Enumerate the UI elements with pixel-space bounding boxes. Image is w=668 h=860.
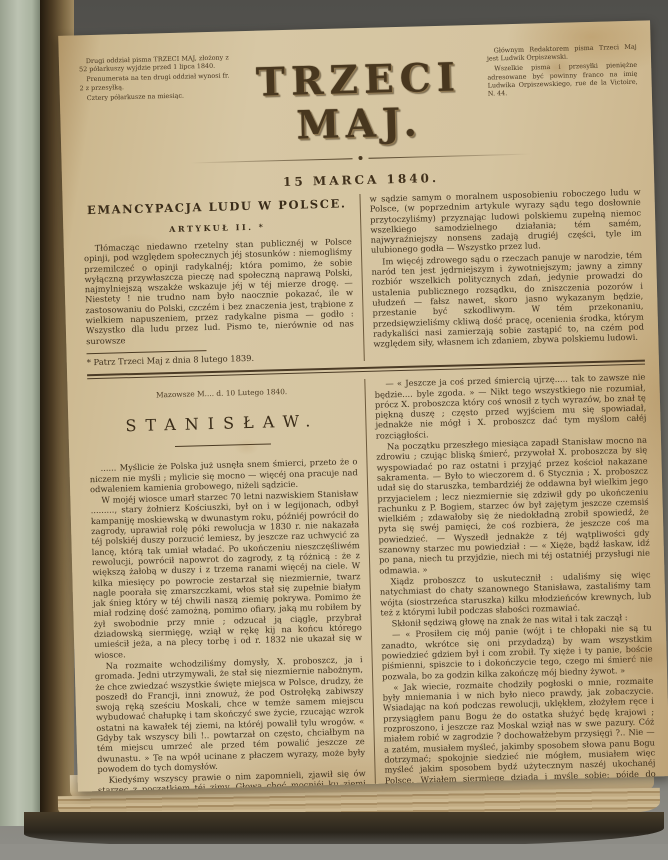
- story-paragraph: « Jak wiecie, rozmaite chodziły pogłoski…: [382, 675, 657, 791]
- article-paragraph: Tłómacząc niedawno rzetelny stan publicz…: [84, 236, 355, 346]
- story-paragraph: Na początku przeszłego miesiąca zapadł S…: [376, 435, 650, 576]
- story-heading-rule: [175, 444, 271, 448]
- masthead-title: TRZECI MAJ.: [229, 55, 489, 150]
- left-notice-line: Drugi oddział pisma TRZECI MAJ, złożony …: [79, 53, 229, 73]
- story-paragraph: Xiądz proboszcz to uskutecznił : udaliśm…: [379, 569, 651, 617]
- story-left-column: Mazowsze M.... d. 10 Lutego 1840. STANIS…: [87, 379, 376, 791]
- story-right-column: — « Jeszcze ja coś przed śmiercią ujrzę.…: [365, 372, 657, 792]
- article-right-column: w sądzie samym o moralnem usposobieniu r…: [360, 187, 644, 362]
- article-left-column: EMANCYPACJA LUDU W POLSCE. ARTYKUŁ II. *…: [83, 194, 364, 368]
- ornament-line-right: [368, 153, 530, 158]
- newspaper-page: Drugi oddział pisma TRZECI MAJ, złożony …: [58, 20, 668, 791]
- article-row: EMANCYPACJA LUDU W POLSCE. ARTYKUŁ II. *…: [83, 187, 645, 369]
- story-heading: STANISŁAW.: [88, 410, 356, 436]
- masthead: Drugi oddział pisma TRZECI MAJ, złożony …: [79, 43, 639, 154]
- article-heading: EMANCYPACJA LUDU W POLSCE.: [83, 196, 351, 217]
- masthead-ornament-rule: [191, 152, 531, 165]
- right-notice-line: Wszelkie pisma i przesyłki pieniężne adr…: [487, 61, 638, 98]
- masthead-left-notice: Drugi oddział pisma TRZECI MAJ, złożony …: [79, 53, 230, 104]
- left-notice-line: Prenumerata na ten drugi oddział wynosi …: [79, 72, 229, 92]
- ornament-line-left: [191, 158, 353, 163]
- article-paragraph: Im więcéj zdrowego sądu o rzeczach panuj…: [371, 249, 644, 349]
- previous-page-edge: [0, 0, 40, 826]
- ornament-dot: [358, 156, 362, 160]
- story-paragraph: Na rozmaite wchodziliśmy domysły, X. pro…: [95, 654, 366, 774]
- story-paragraph: — « Prosiłem cię mój panie (wójt i te ch…: [381, 623, 653, 682]
- left-notice-line: Cztery półarkusze na miesiąc.: [80, 90, 230, 102]
- article-subheading: ARTYKUŁ II. *: [83, 219, 351, 236]
- story-dateline: Mazowsze M.... d. 10 Lutego 1840.: [88, 385, 356, 401]
- book-shadow: [24, 812, 664, 846]
- story-row: Mazowsze M.... d. 10 Lutego 1840. STANIS…: [87, 372, 657, 792]
- masthead-right-notice: Głównym Redaktorem pisma Trzeci Maj jest…: [487, 43, 638, 100]
- story-paragraph: W mojéj wiosce umarł starzec 70 letni na…: [90, 488, 362, 660]
- table-surface: [0, 844, 668, 860]
- right-notice-line: Głównym Redaktorem pisma Trzeci Maj jest…: [487, 43, 637, 63]
- article-paragraph: w sądzie samym o moralnem usposobieniu r…: [369, 187, 642, 256]
- story-paragraph: — « Jeszcze ja coś przed śmiercią ujrzę.…: [374, 372, 647, 441]
